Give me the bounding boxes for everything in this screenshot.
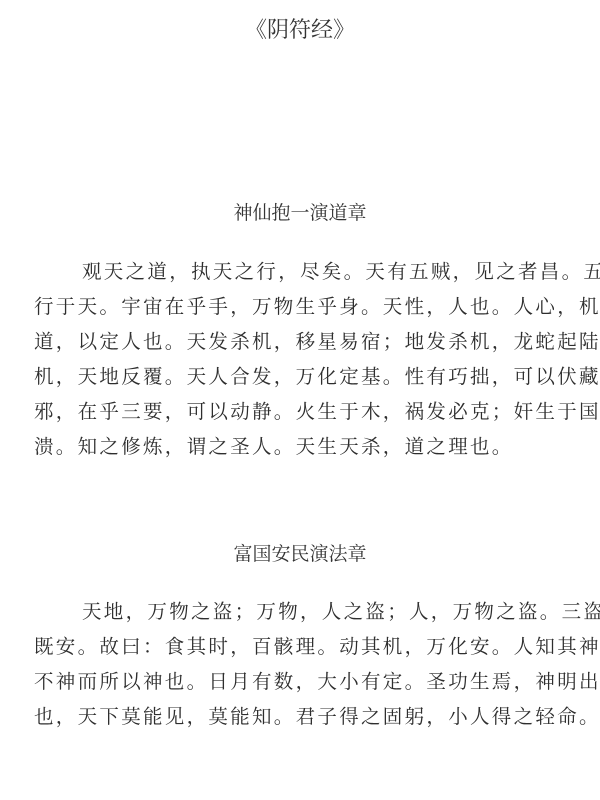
paragraph-line: 溃。知之修炼，谓之圣人。天生天杀，道之理也。	[34, 429, 579, 464]
paragraph-line: 观天之道，执天之行，尽矣。天有五贼，见之者昌。五贼在心，施	[34, 254, 579, 289]
paragraph-line: 也，天下莫能见，莫能知。君子得之固躬，小人得之轻命。	[34, 699, 579, 734]
paragraph-line: 天地，万物之盗；万物，人之盗；人，万物之盗。三盗既宜，三才	[34, 594, 579, 629]
document-title: 《阴符经》	[0, 16, 600, 46]
paragraph-line: 既安。故曰：食其时，百骸理。动其机，万化安。人知其神而神，不知	[34, 629, 579, 664]
paragraph-line: 不神而所以神也。日月有数，大小有定。圣功生焉，神明出焉。其盗机	[34, 664, 579, 699]
paragraph-shenxian: 观天之道，执天之行，尽矣。天有五贼，见之者昌。五贼在心，施 行于天。宇宙在乎手，…	[34, 254, 579, 464]
paragraph-line: 邪，在乎三要，可以动静。火生于木，祸发必克；奸生于国，时动必	[34, 394, 579, 429]
paragraph-line: 行于天。宇宙在乎手，万物生乎身。天性，人也。人心，机也。立天之	[34, 289, 579, 324]
section-heading-fuguo: 富国安民演法章	[0, 540, 600, 568]
section-heading-shenxian: 神仙抱一演道章	[0, 199, 600, 227]
paragraph-line: 道，以定人也。天发杀机，移星易宿；地发杀机，龙蛇起陆；人发杀	[34, 324, 579, 359]
paragraph-line: 机，天地反覆。天人合发，万化定基。性有巧拙，可以伏藏。九窍之	[34, 359, 579, 394]
paragraph-fuguo: 天地，万物之盗；万物，人之盗；人，万物之盗。三盗既宜，三才 既安。故曰：食其时，…	[34, 594, 579, 734]
